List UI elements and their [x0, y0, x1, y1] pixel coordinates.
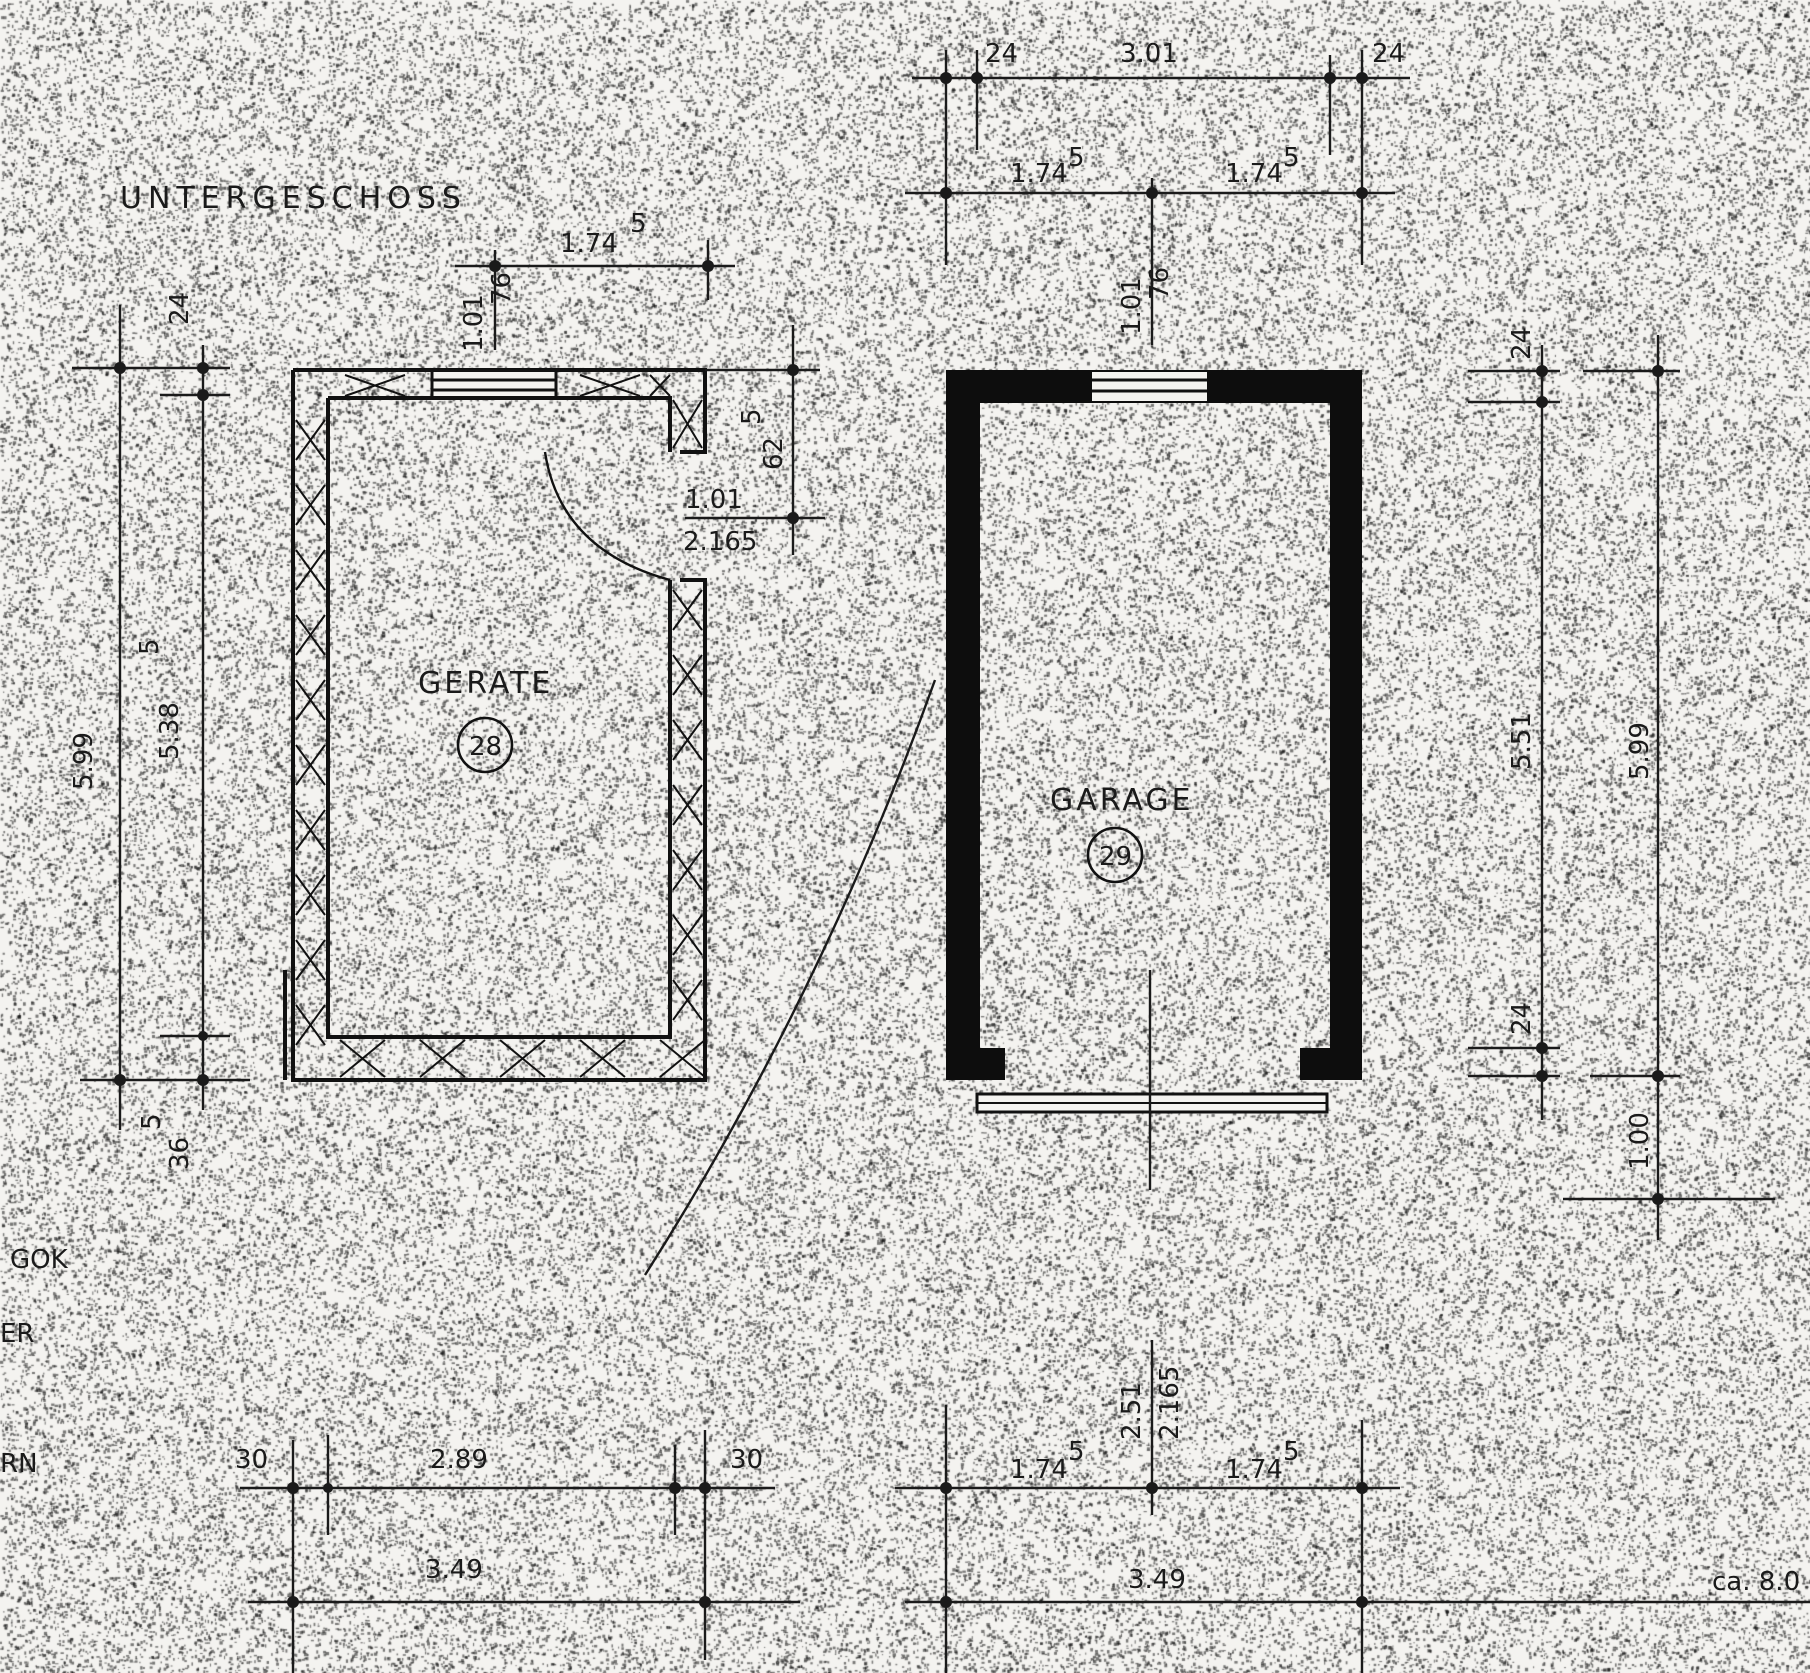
dimension-chains	[72, 50, 1810, 1673]
margin-note-er: ER	[0, 1319, 35, 1349]
dim-gerate-door-width: 1.01	[685, 485, 743, 515]
dim-garage-top-right-wall: 24	[1372, 39, 1405, 69]
dim-gerate-bottom-right-wall: 30	[730, 1445, 763, 1475]
dim-garage-door-height: 2.165	[1155, 1366, 1185, 1440]
dim-garage-right-wall-top: 24	[1507, 327, 1537, 360]
dim-gerate-top-sup: 5	[630, 209, 647, 239]
dim-garage-top-inner: 3.01	[1120, 39, 1178, 69]
dim-garage-right-wall-bottom: 24	[1507, 1002, 1537, 1035]
door-swing-arc	[545, 452, 670, 580]
dim-gerate-bottom-left-wall: 30	[235, 1445, 268, 1475]
dim-gerate-window-outer: 1.01	[459, 294, 489, 352]
dim-garage-door-width: 2.51	[1117, 1382, 1147, 1440]
dim-garage-window-outer: 1.01	[1117, 277, 1147, 335]
dim-garage-top-half-right: 1.74	[1225, 159, 1283, 189]
dim-gerate-left-inner: 5.38	[155, 702, 185, 760]
room-name-garage: GARAGE	[1050, 783, 1194, 818]
leader-line	[645, 680, 935, 1275]
dim-garage-window-inner: 76	[1145, 267, 1175, 300]
dim-gerate-left-overall: 5.99	[69, 732, 99, 790]
dim-gerate-bottom-inner: 2.89	[430, 1445, 488, 1475]
dim-garage-top-left-wall: 24	[985, 39, 1018, 69]
room-number-garage: 29	[1099, 842, 1132, 872]
dim-garage-right-inner: 5.51	[1507, 712, 1537, 770]
dim-overall-length: ca. 8.0	[1712, 1567, 1800, 1597]
dim-garage-bottom-half-left-sup: 5	[1068, 1437, 1085, 1467]
dim-garage-right-overall: 5.99	[1625, 722, 1655, 780]
margin-note-rn: RN	[0, 1449, 38, 1479]
dim-gerate-door-upper: 62	[759, 437, 789, 470]
dim-garage-top-half-left-sup: 5	[1068, 143, 1085, 173]
dim-garage-bottom-half-left: 1.74	[1010, 1455, 1068, 1485]
dim-garage-right-extension: 1.00	[1625, 1112, 1655, 1170]
dim-gerate-left-bottom: 36	[165, 1137, 195, 1170]
room-garage	[946, 370, 1362, 1190]
dim-garage-bottom-overall: 3.49	[1128, 1565, 1186, 1595]
dim-garage-bottom-half-right: 1.74	[1225, 1455, 1283, 1485]
dim-garage-top-half-right-sup: 5	[1283, 143, 1300, 173]
dim-garage-bottom-half-right-sup: 5	[1283, 1437, 1300, 1467]
dim-gerate-door-height: 2.165	[683, 527, 757, 557]
dim-gerate-window-inner: 76	[487, 272, 517, 305]
dim-gerate-left-wall-top: 24	[165, 292, 195, 325]
dim-gerate-left-inner-sup: 5	[135, 638, 165, 655]
room-number-gerate: 28	[469, 732, 502, 762]
room-name-gerate: GERATE	[418, 666, 553, 701]
dim-gerate-door-upper-sup: 5	[737, 408, 767, 425]
drawing-title: UNTERGESCHOSS	[120, 181, 467, 216]
floor-plan-drawing: UNTERGESCHOSS GERATE 28 GARAGE 29	[0, 0, 1810, 1673]
dim-garage-top-half-left: 1.74	[1010, 159, 1068, 189]
margin-note-gok: GOK	[10, 1245, 69, 1275]
dim-gerate-left-bottom-sup: 5	[137, 1113, 167, 1130]
dim-gerate-top: 1.74	[560, 229, 618, 259]
dim-gerate-bottom-overall: 3.49	[425, 1555, 483, 1585]
room-gerate	[285, 370, 705, 1080]
